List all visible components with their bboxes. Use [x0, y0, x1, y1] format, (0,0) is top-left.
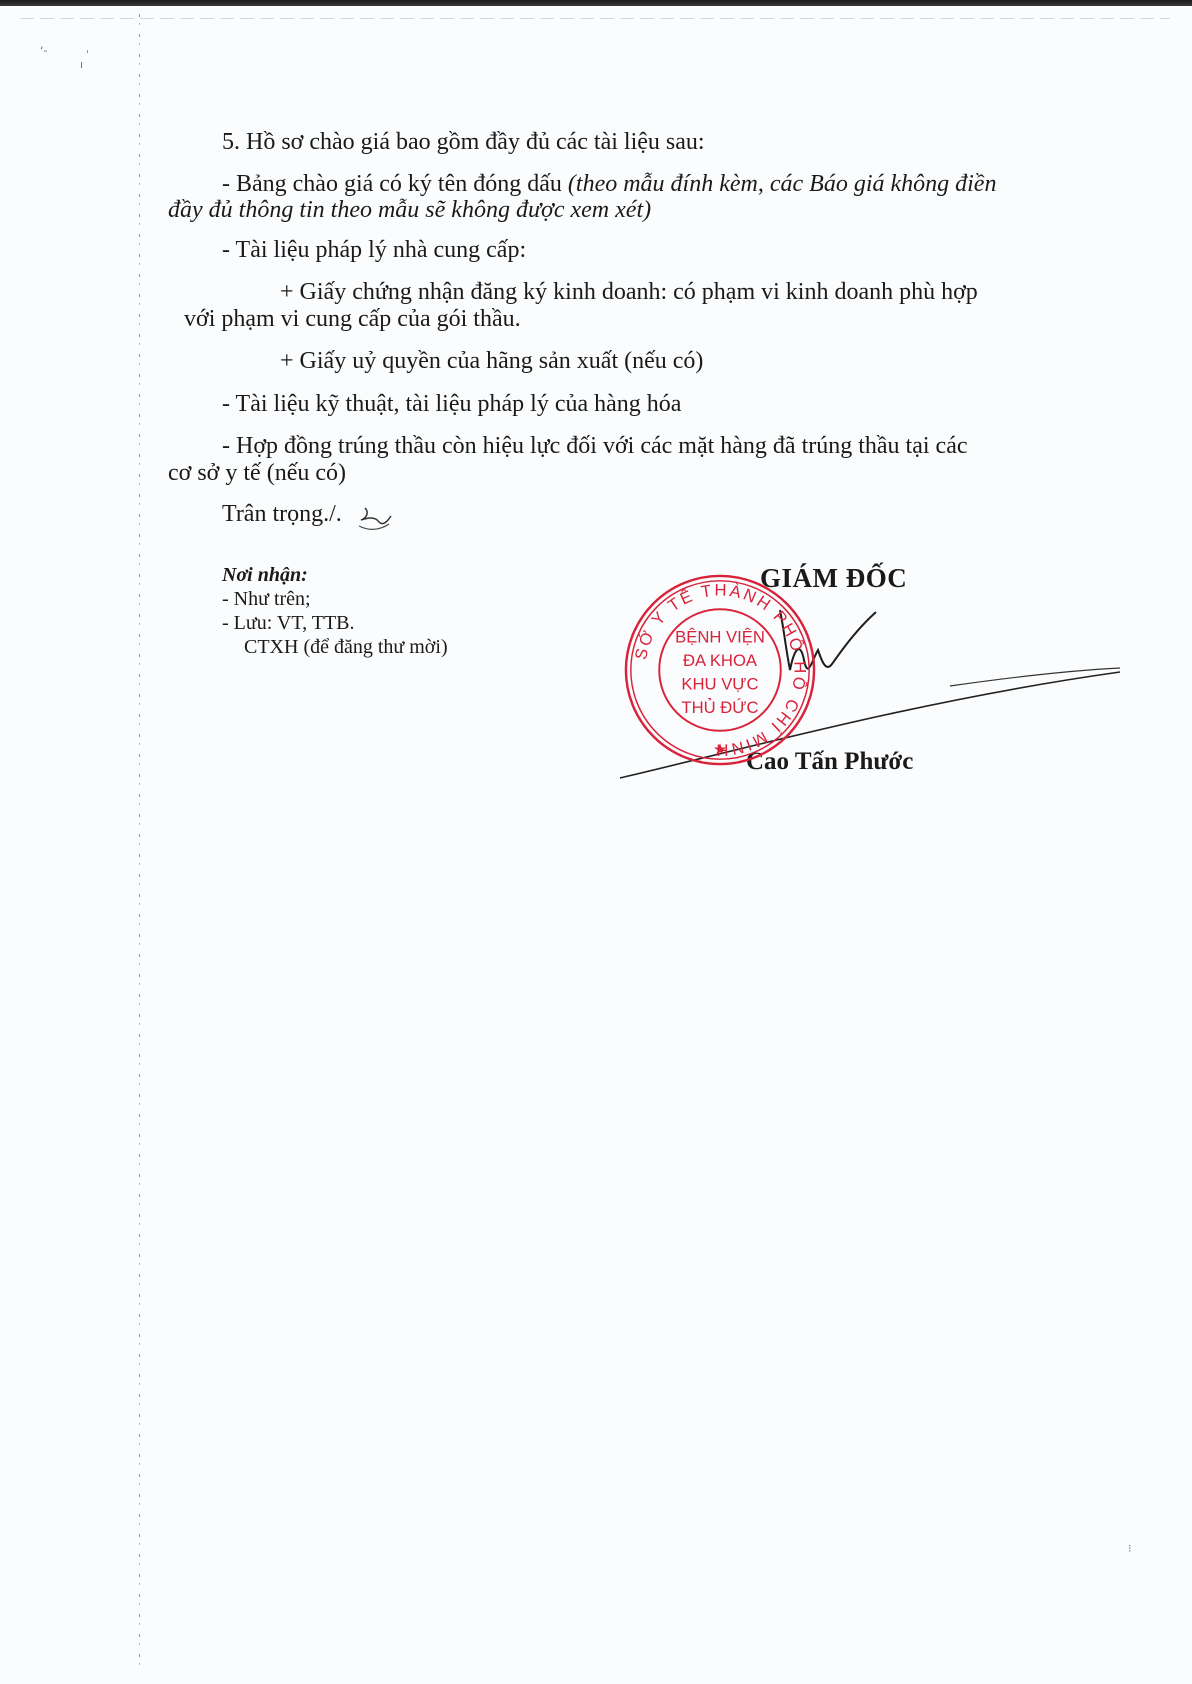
item-quote-form: - Bảng chào giá có ký tên đóng dấu (theo… [222, 170, 996, 198]
stamp-center-line: KHU VỰC [681, 675, 758, 694]
item-note-continued: đầy đủ thông tin theo mẫu sẽ không được … [168, 196, 651, 224]
official-stamp-icon: SỞ Y TẾ THÀNH PHỐ HỒ CHÍ MINH BỆNH VIỆN … [622, 572, 818, 768]
recipient-line: - Lưu: VT, TTB. [222, 611, 448, 635]
recipients-title: Nơi nhận: [222, 563, 448, 587]
scan-top-edge [0, 0, 1192, 6]
scan-speck: ʻ- [40, 44, 47, 57]
section-heading: 5. Hồ sơ chào giá bao gồm đầy đủ các tài… [222, 128, 705, 156]
item-note: (theo mẫu đính kèm, các Báo giá không đi… [568, 171, 997, 197]
recipient-line: CTXH (để đăng thư mời) [222, 635, 448, 659]
recipient-line: - Như trên; [222, 587, 448, 611]
subitem-manufacturer-authorization: + Giấy uỷ quyền của hãng sản xuất (nếu c… [280, 347, 703, 375]
subitem-business-license: + Giấy chứng nhận đăng ký kinh doanh: có… [280, 278, 978, 306]
scan-margin-line [139, 14, 140, 1674]
scan-artifact-line [20, 18, 1170, 19]
scan-speck: ˈ [86, 48, 89, 61]
closing-text: Trân trọng./. [222, 500, 342, 528]
item-winning-contracts: - Hợp đồng trúng thầu còn hiệu lực đối v… [222, 432, 968, 460]
scan-speck: ı [80, 58, 83, 71]
item-technical-docs: - Tài liệu kỹ thuật, tài liệu pháp lý củ… [222, 390, 681, 418]
item-text: - Bảng chào giá có ký tên đóng dấu [222, 171, 568, 197]
stamp-center-line: THỦ ĐỨC [681, 698, 758, 717]
item-supplier-legal: - Tài liệu pháp lý nhà cung cấp: [222, 236, 526, 264]
initial-mark-icon [355, 502, 395, 536]
stamp-center-line: ĐA KHOA [683, 651, 758, 670]
subitem-business-license-continued: với phạm vi cung cấp của gói thầu. [184, 305, 521, 333]
item-winning-contracts-continued: cơ sở y tế (nếu có) [168, 459, 346, 487]
stamp-center-line: BỆNH VIỆN [675, 628, 765, 647]
recipients-block: Nơi nhận: - Như trên; - Lưu: VT, TTB. CT… [222, 563, 448, 659]
stamp-star-icon: ★ [713, 739, 727, 758]
scan-speck: ⁝ [1128, 1542, 1132, 1555]
